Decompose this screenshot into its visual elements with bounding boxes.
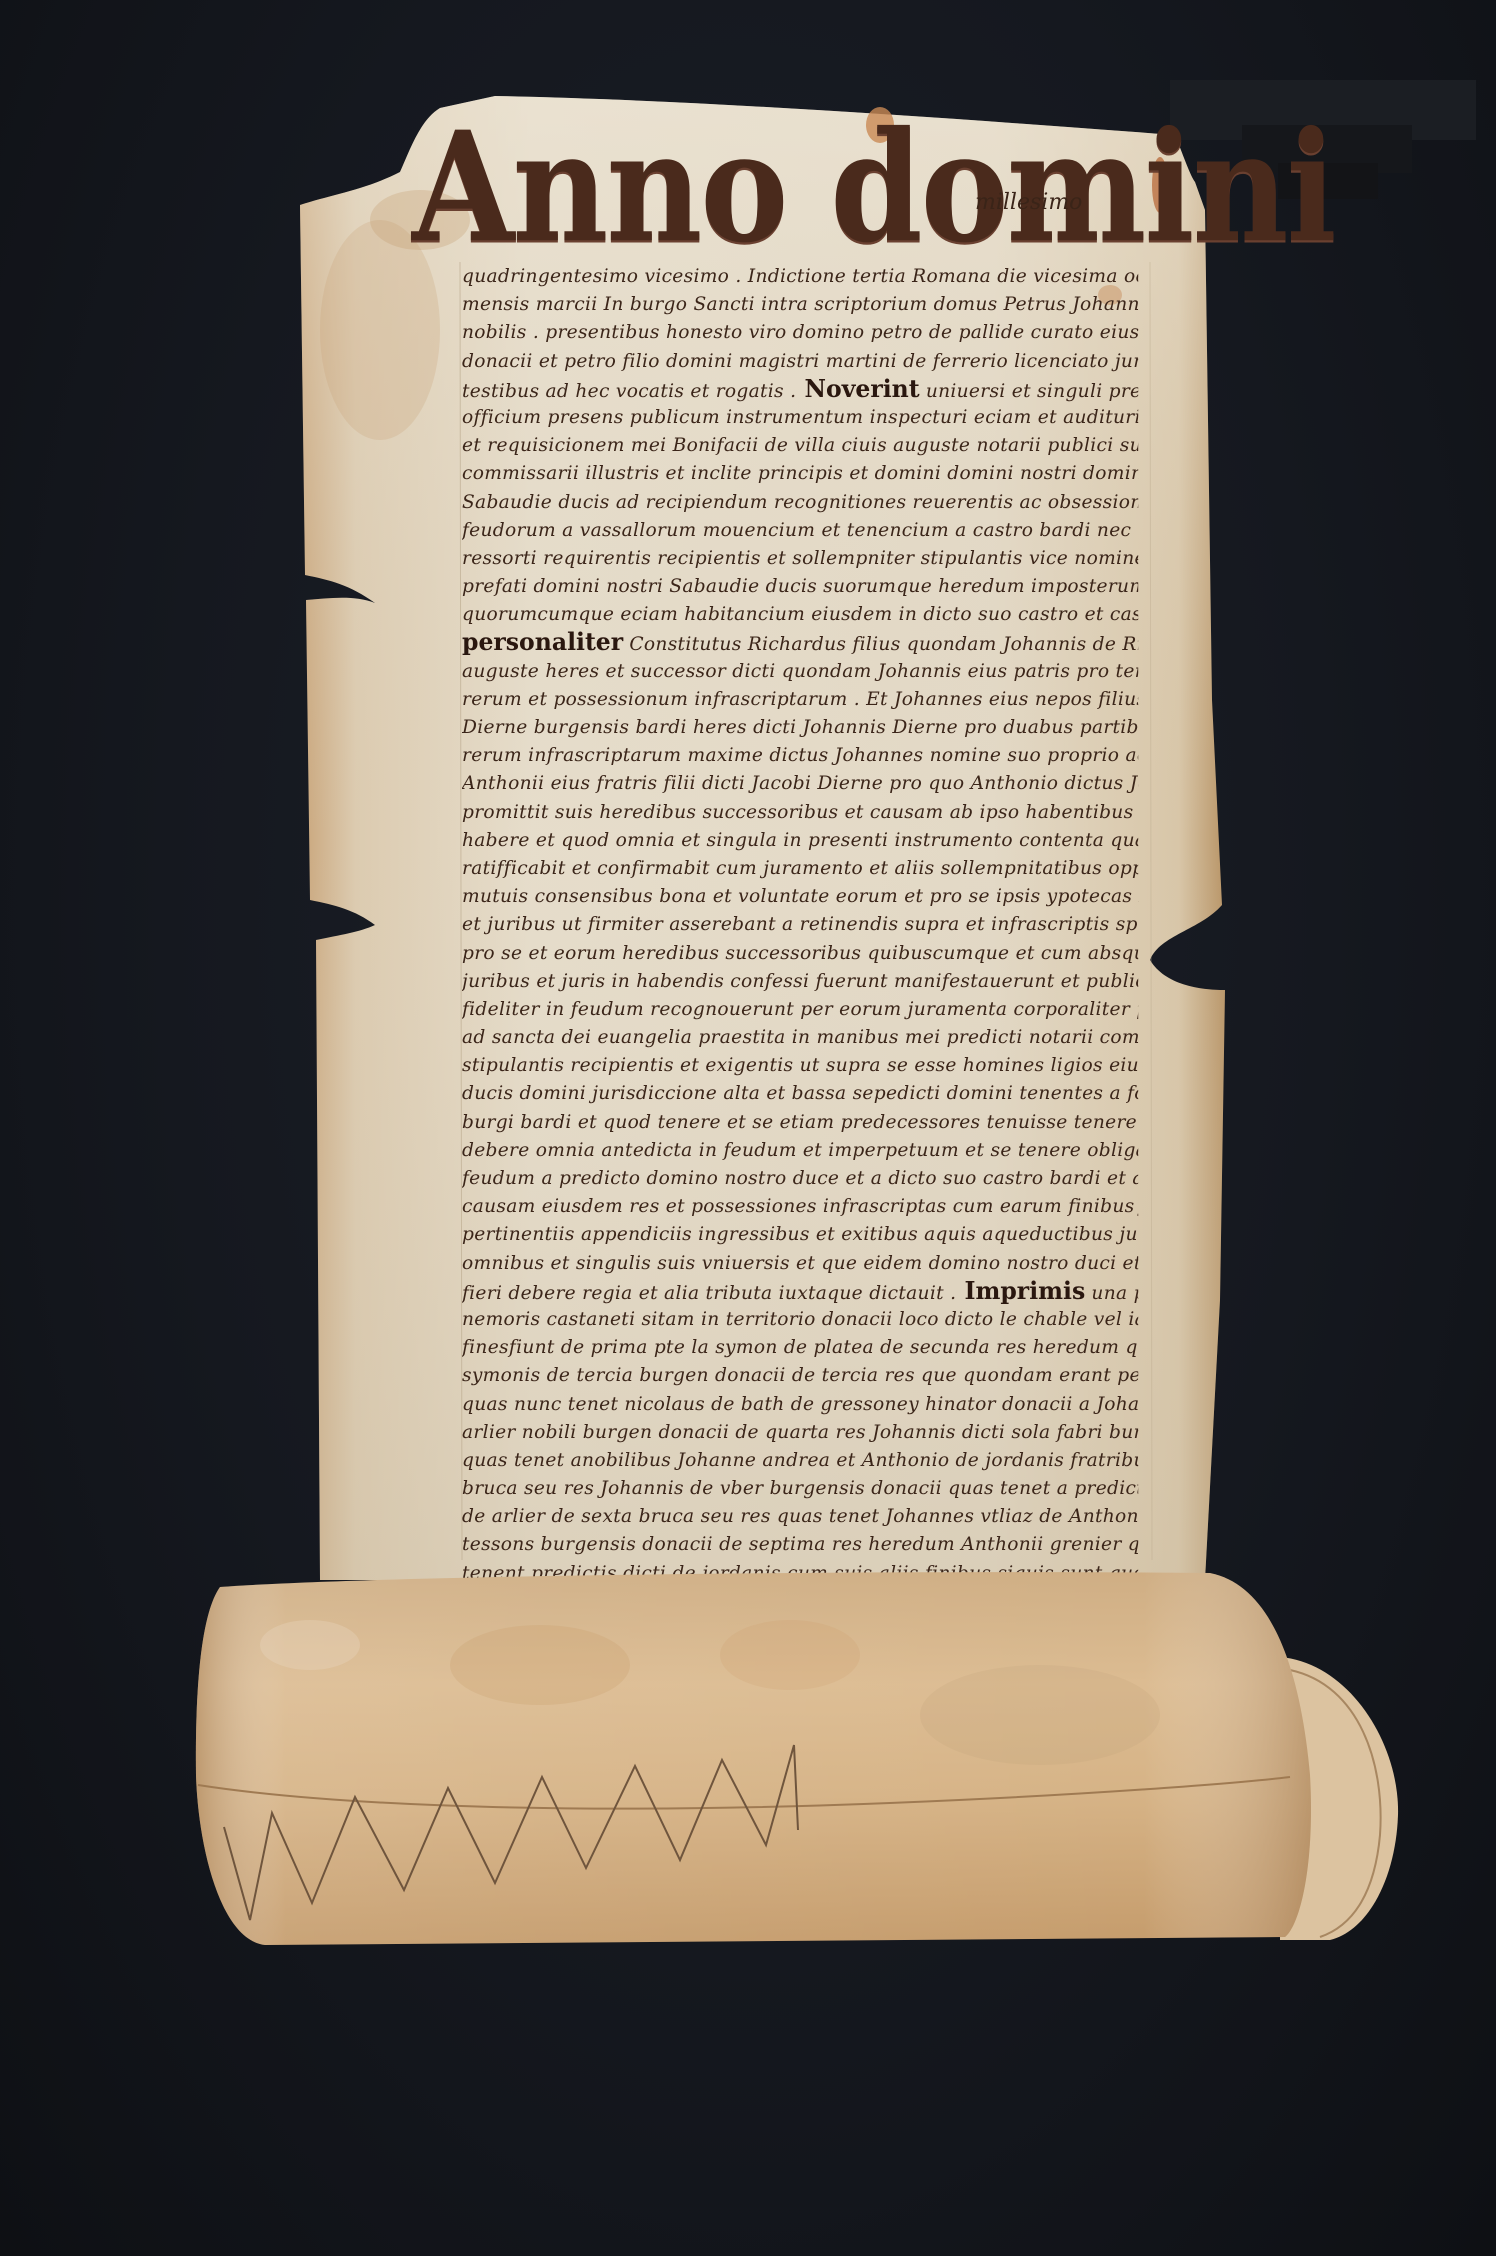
manuscript-line: mensis marcii In burgo Sancti intra scri… (462, 290, 1138, 318)
rolled-parchment (190, 1545, 1410, 1965)
manuscript-line: habere et quod omnia et singula in prese… (462, 826, 1138, 854)
line-text: quas tenet anobilibus Johanne andrea et … (462, 1449, 1138, 1471)
line-text-after: una pecia (1085, 1282, 1138, 1304)
line-text: fideliter in feudum recognouerunt per eo… (462, 998, 1138, 1020)
manuscript-line: debere omnia antedicta in feudum et impe… (462, 1136, 1138, 1164)
heading-continuation: millesimo (975, 190, 1082, 215)
line-text: ressorti requirentis recipientis et soll… (462, 547, 1138, 569)
line-text: habere et quod omnia et singula in prese… (462, 829, 1138, 851)
manuscript-line: Anthonii eius fratris filii dicti Jacobi… (462, 769, 1138, 797)
manuscript-line: causam eiusdem res et possessiones infra… (462, 1192, 1138, 1220)
manuscript-line: finesfiunt de prima pte la symon de plat… (462, 1333, 1138, 1361)
line-text: omnibus et singulis suis vniuersis et qu… (462, 1252, 1138, 1274)
line-text: burgi bardi et quod tenere et se etiam p… (462, 1111, 1138, 1133)
line-text: Constitutus Richardus filius quondam Joh… (623, 633, 1138, 655)
manuscript-line: auguste heres et successor dicti quondam… (462, 657, 1138, 685)
manuscript-line: personaliter Constitutus Richardus filiu… (462, 628, 1138, 656)
manuscript-line: quas nunc tenet nicolaus de bath de gres… (462, 1390, 1138, 1418)
line-text: feudorum a vassallorum mouencium et tene… (462, 519, 1138, 541)
manuscript-line: testibus ad hec vocatis et rogatis . Nov… (462, 375, 1138, 403)
display-word: Imprimis (956, 1277, 1085, 1305)
manuscript-line: nobilis . presentibus honesto viro domin… (462, 318, 1138, 346)
manuscript-line: promittit suis heredibus successoribus e… (462, 798, 1138, 826)
line-text: juribus et juris in habendis confessi fu… (462, 970, 1138, 992)
manuscript-line: juribus et juris in habendis confessi fu… (462, 967, 1138, 995)
manuscript-line: burgi bardi et quod tenere et se etiam p… (462, 1108, 1138, 1136)
line-text: bruca seu res Johannis de vber burgensis… (462, 1477, 1138, 1499)
manuscript-line: rerum et possessionum infrascriptarum . … (462, 685, 1138, 713)
line-text: de arlier de sexta bruca seu res quas te… (462, 1505, 1138, 1527)
roll-shape (190, 1545, 1410, 1965)
line-text: arlier nobili burgen donacii de quarta r… (462, 1421, 1138, 1443)
line-text: et juribus ut firmiter asserebant a reti… (462, 913, 1138, 935)
line-text: commissarii illustris et inclite princip… (462, 462, 1138, 484)
line-text: promittit suis heredibus successoribus e… (462, 801, 1138, 823)
line-text: symonis de tercia burgen donacii de terc… (462, 1364, 1138, 1386)
manuscript-line: symonis de tercia burgen donacii de terc… (462, 1361, 1138, 1389)
line-text-after: uniuersi et singuli presens (920, 380, 1139, 402)
line-text: mutuis consensibus bona et voluntate eor… (462, 885, 1138, 907)
line-text: ad sancta dei euangelia praestita in man… (462, 1026, 1138, 1048)
manuscript-line: stipulantis recipientis et exigentis ut … (462, 1051, 1138, 1079)
display-word: personaliter (462, 628, 623, 656)
manuscript-line: et requisicionem mei Bonifacii de villa … (462, 431, 1138, 459)
manuscript-line: Dierne burgensis bardi heres dicti Johan… (462, 713, 1138, 741)
line-text: pertinentiis appendiciis ingressibus et … (462, 1223, 1138, 1245)
manuscript-line: mutuis consensibus bona et voluntate eor… (462, 882, 1138, 910)
manuscript-line: ratifficabit et confirmabit cum jurament… (462, 854, 1138, 882)
manuscript-line: arlier nobili burgen donacii de quarta r… (462, 1418, 1138, 1446)
line-text: mensis marcii In burgo Sancti intra scri… (462, 293, 1138, 315)
manuscript-line: quas tenet anobilibus Johanne andrea et … (462, 1446, 1138, 1474)
manuscript-line: prefati domini nostri Sabaudie ducis suo… (462, 572, 1138, 600)
line-text: Sabaudie ducis ad recipiendum recognitio… (462, 491, 1138, 513)
line-text: officium presens publicum instrumentum i… (462, 406, 1138, 428)
manuscript-line: feudum a predicto domino nostro duce et … (462, 1164, 1138, 1192)
line-text: Anthonii eius fratris filii dicti Jacobi… (462, 772, 1138, 794)
manuscript-line: pro se et eorum heredibus successoribus … (462, 939, 1138, 967)
manuscript-line: Sabaudie ducis ad recipiendum recognitio… (462, 488, 1138, 516)
line-text: debere omnia antedicta in feudum et impe… (462, 1139, 1138, 1161)
manuscript-line: fideliter in feudum recognouerunt per eo… (462, 995, 1138, 1023)
manuscript-line: bruca seu res Johannis de vber burgensis… (462, 1474, 1138, 1502)
line-text: pro se et eorum heredibus successoribus … (462, 942, 1138, 964)
manuscript-line: quorumcumque eciam habitancium eiusdem i… (462, 600, 1138, 628)
manuscript-line: quadringentesimo vicesimo . Indictione t… (462, 262, 1138, 290)
manuscript-line: ad sancta dei euangelia praestita in man… (462, 1023, 1138, 1051)
parchment-sheet: Anno domini millesimo quadringentesimo v… (0, 0, 1496, 1620)
manuscript-line: donacii et petro filio domini magistri m… (462, 347, 1138, 375)
manuscript-line: ressorti requirentis recipientis et soll… (462, 544, 1138, 572)
line-text: finesfiunt de prima pte la symon de plat… (462, 1336, 1138, 1358)
line-text: quadringentesimo vicesimo . Indictione t… (462, 265, 1138, 287)
manuscript-line: pertinentiis appendiciis ingressibus et … (462, 1220, 1138, 1248)
line-text: ducis domini jurisdiccione alta et bassa… (462, 1082, 1138, 1104)
line-text: quorumcumque eciam habitancium eiusdem i… (462, 603, 1138, 625)
line-text: rerum infrascriptarum maxime dictus Joha… (462, 744, 1138, 766)
heading-anno-domini: Anno domini (412, 108, 972, 275)
line-text: donacii et petro filio domini magistri m… (462, 350, 1138, 372)
manuscript-line: ducis domini jurisdiccione alta et bassa… (462, 1079, 1138, 1107)
line-text: et requisicionem mei Bonifacii de villa … (462, 434, 1138, 456)
manuscript-line: commissarii illustris et inclite princip… (462, 459, 1138, 487)
line-text: feudum a predicto domino nostro duce et … (462, 1167, 1138, 1189)
line-text: ratifficabit et confirmabit cum jurament… (462, 857, 1138, 879)
line-text: fieri debere regia et alia tributa iuxta… (462, 1282, 956, 1304)
line-text: testibus ad hec vocatis et rogatis . (462, 380, 796, 402)
line-text: nemoris castaneti sitam in territorio do… (462, 1308, 1138, 1330)
manuscript-line: omnibus et singulis suis vniuersis et qu… (462, 1249, 1138, 1277)
manuscript-line: fieri debere regia et alia tributa iuxta… (462, 1277, 1138, 1305)
line-text: stipulantis recipientis et exigentis ut … (462, 1054, 1138, 1076)
line-text: rerum et possessionum infrascriptarum . … (462, 688, 1138, 710)
manuscript-line: rerum infrascriptarum maxime dictus Joha… (462, 741, 1138, 769)
line-text: causam eiusdem res et possessiones infra… (462, 1195, 1138, 1217)
manuscript-line: de arlier de sexta bruca seu res quas te… (462, 1502, 1138, 1530)
line-text: auguste heres et successor dicti quondam… (462, 660, 1138, 682)
line-text: nobilis . presentibus honesto viro domin… (462, 321, 1138, 343)
manuscript-line: feudorum a vassallorum mouencium et tene… (462, 516, 1138, 544)
line-text: quas nunc tenet nicolaus de bath de gres… (462, 1393, 1138, 1415)
manuscript-line: officium presens publicum instrumentum i… (462, 403, 1138, 431)
display-word: Noverint (796, 375, 919, 403)
manuscript-line: nemoris castaneti sitam in territorio do… (462, 1305, 1138, 1333)
manuscript-line: et juribus ut firmiter asserebant a reti… (462, 910, 1138, 938)
line-text: Dierne burgensis bardi heres dicti Johan… (462, 716, 1138, 738)
line-text: prefati domini nostri Sabaudie ducis suo… (462, 575, 1138, 597)
